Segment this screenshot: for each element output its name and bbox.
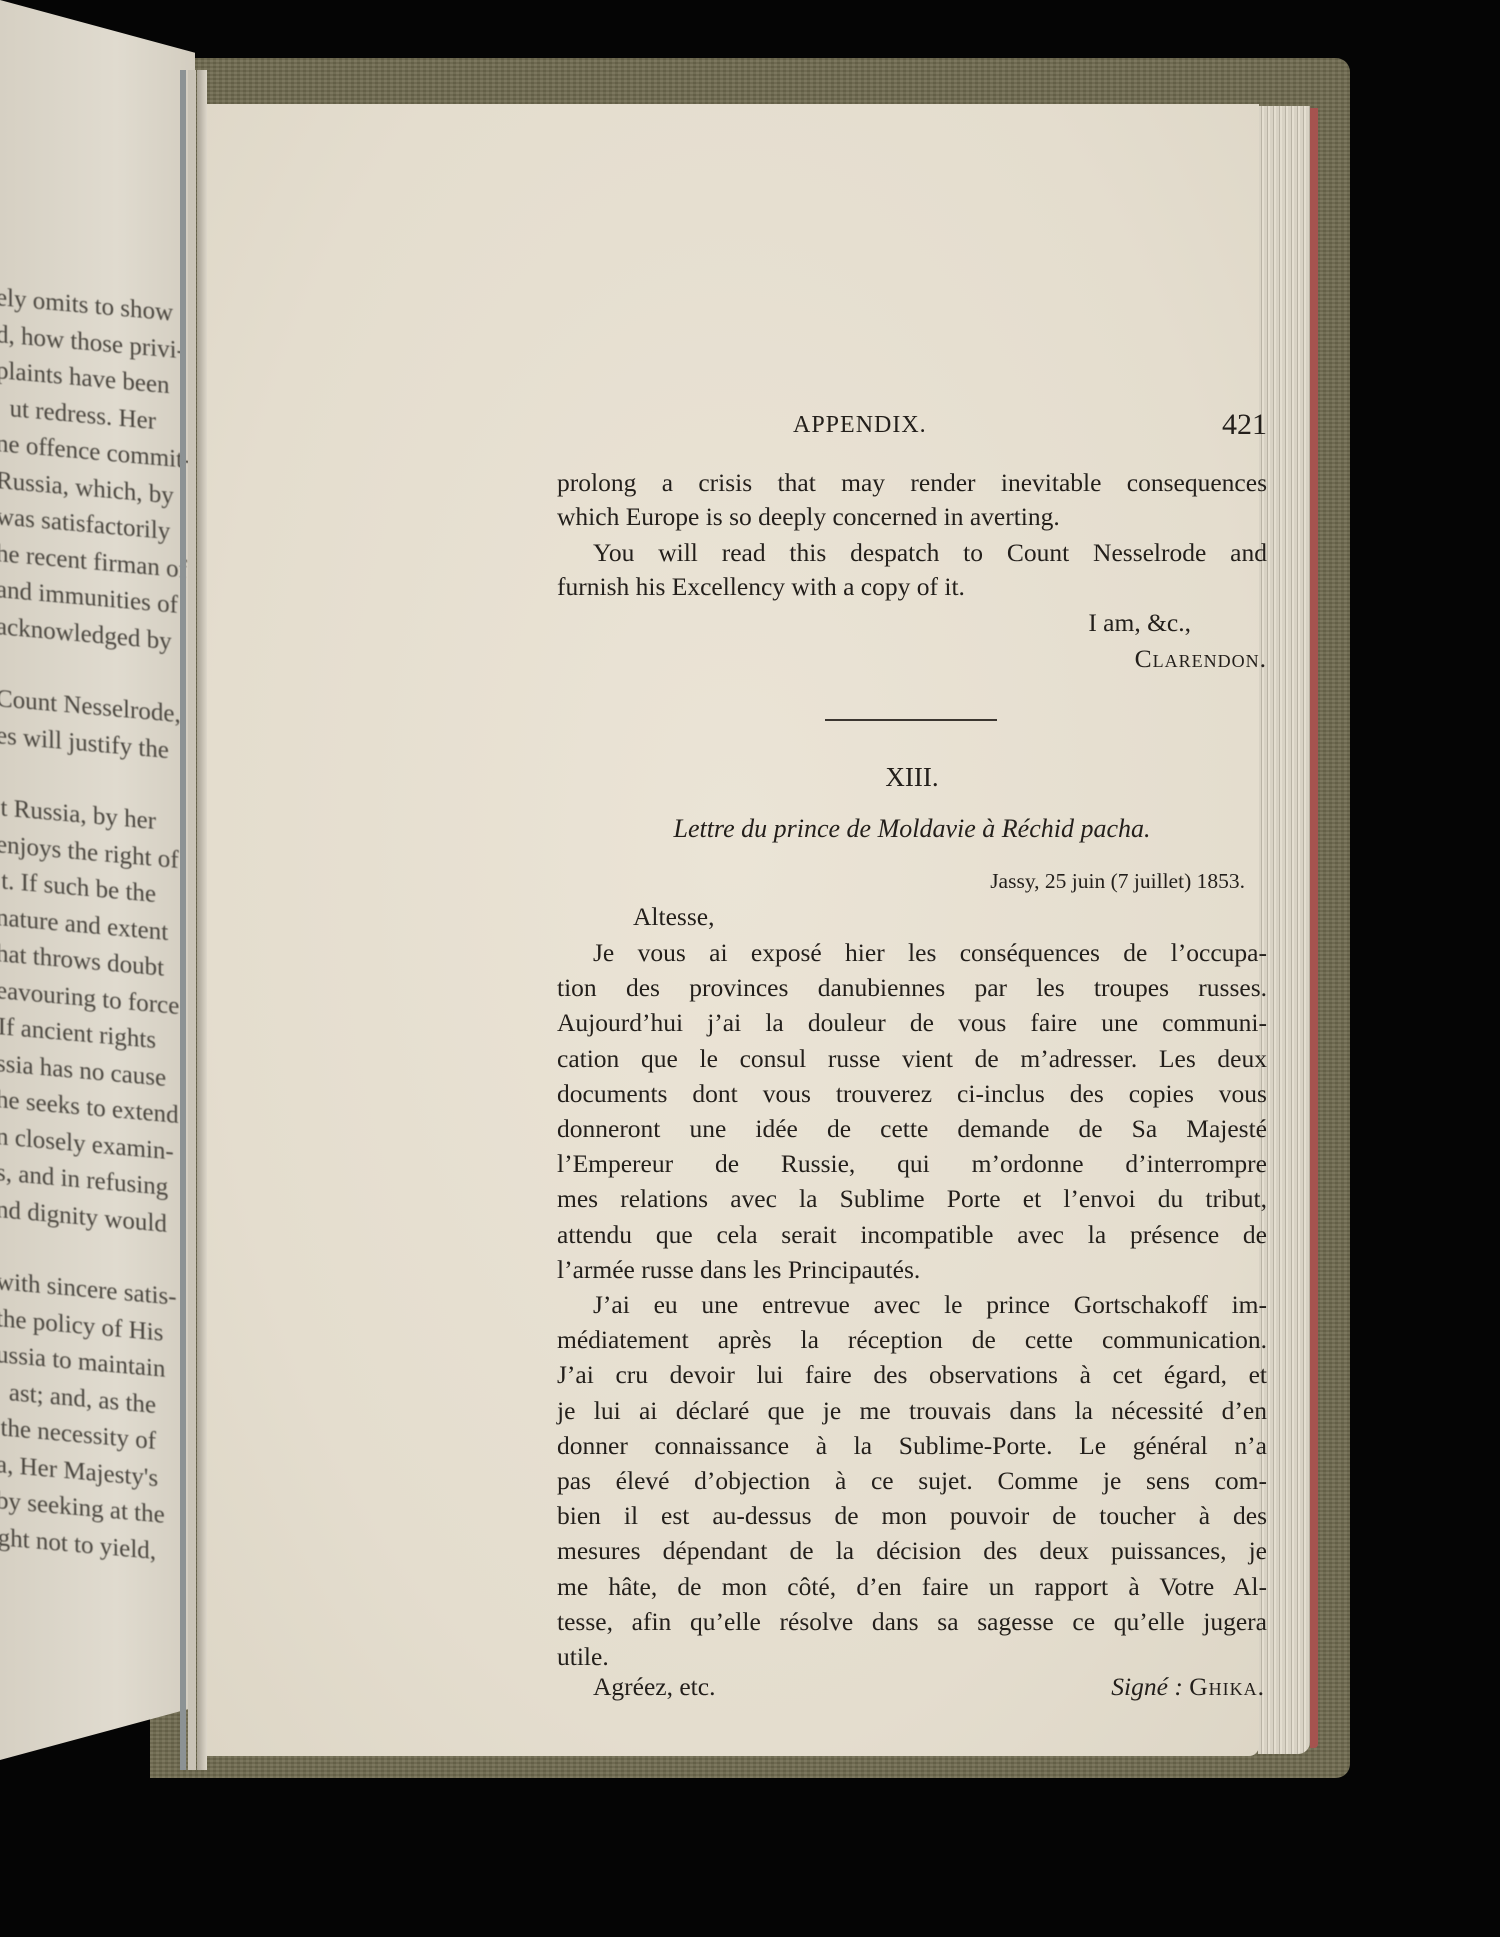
text-line: furnish his Excellency with a copy of it… [557, 570, 1267, 604]
gutter-edge [197, 70, 207, 1770]
text-line: donner connaissance à la Sublime-Porte. … [557, 1429, 1267, 1463]
text-line: je lui ai déclaré que je me trouvais dan… [557, 1394, 1267, 1428]
text-line: J’ai cru devoir lui faire des observatio… [557, 1358, 1267, 1392]
left-page: ely omits to showd, how those privi-plai… [0, 0, 195, 1760]
signature-block: Signé : Ghika. [1111, 1670, 1265, 1704]
dateline: Jassy, 25 juin (7 juillet) 1853. [990, 869, 1245, 894]
text-line: médiatement après la réception de cette … [557, 1323, 1267, 1357]
text-line: tesse, afin qu’elle résolve dans sa sage… [557, 1605, 1267, 1639]
text-line: pas élevé d’objection à ce sujet. Comme … [557, 1464, 1267, 1498]
letter-title: Lettre du prince de Moldavie à Réchid pa… [557, 814, 1267, 844]
gutter-edge [188, 70, 196, 1770]
page-number: 421 [1222, 408, 1267, 442]
text-line: donneront une idée de cette demande de S… [557, 1112, 1267, 1146]
closing: I am, &c., [1088, 606, 1191, 640]
text-line: mesures dépendant de la décision des deu… [557, 1534, 1267, 1568]
text-line: bien il est au-dessus de mon pouvoir de … [557, 1499, 1267, 1533]
text-line: cation que le consul russe vient de m’ad… [557, 1042, 1267, 1076]
text-line: documents dont vous trouverez ci-inclus … [557, 1077, 1267, 1111]
salutation: Altesse, [557, 900, 1343, 934]
signature: Ghika. [1189, 1672, 1265, 1701]
text-line: l’armée russe dans les Principautés. [557, 1253, 1267, 1287]
text-line: prolong a crisis that may render inevita… [557, 466, 1267, 500]
running-head: APPENDIX. 421 [557, 412, 1267, 452]
left-page-text: ely omits to showd, how those privi-plai… [0, 280, 156, 1570]
text-line: Je vous ai exposé hier les conséquences … [557, 936, 1267, 970]
signed-label: Signé : [1111, 1672, 1183, 1701]
text-line: Aujourd’hui j’ai la douleur de vous fair… [557, 1006, 1267, 1040]
gutter-edge [180, 70, 186, 1770]
text-line: utile. [557, 1640, 1267, 1674]
text-line: You will read this despatch to Count Nes… [557, 536, 1267, 570]
text-line: which Europe is so deeply concerned in a… [557, 500, 1267, 534]
text-line: mes relations avec la Sublime Porte et l… [557, 1182, 1267, 1216]
right-page: APPENDIX. 421 prolong a crisis that may … [207, 104, 1259, 1756]
section-divider [825, 719, 997, 721]
signature: Clarendon. [557, 642, 1267, 676]
text-line: me hâte, de mon côté, d’en faire un rapp… [557, 1570, 1267, 1604]
text-line: J’ai eu une entrevue avec le prince Gort… [557, 1288, 1267, 1322]
text-line: attendu que cela serait incompatible ave… [557, 1218, 1267, 1252]
running-title: APPENDIX. [793, 412, 927, 439]
text-line: l’Empereur de Russie, qui m’ordonne d’in… [557, 1147, 1267, 1181]
text-line: tion des provinces danubiennes par les t… [557, 971, 1267, 1005]
section-number: XIII. [557, 762, 1267, 793]
